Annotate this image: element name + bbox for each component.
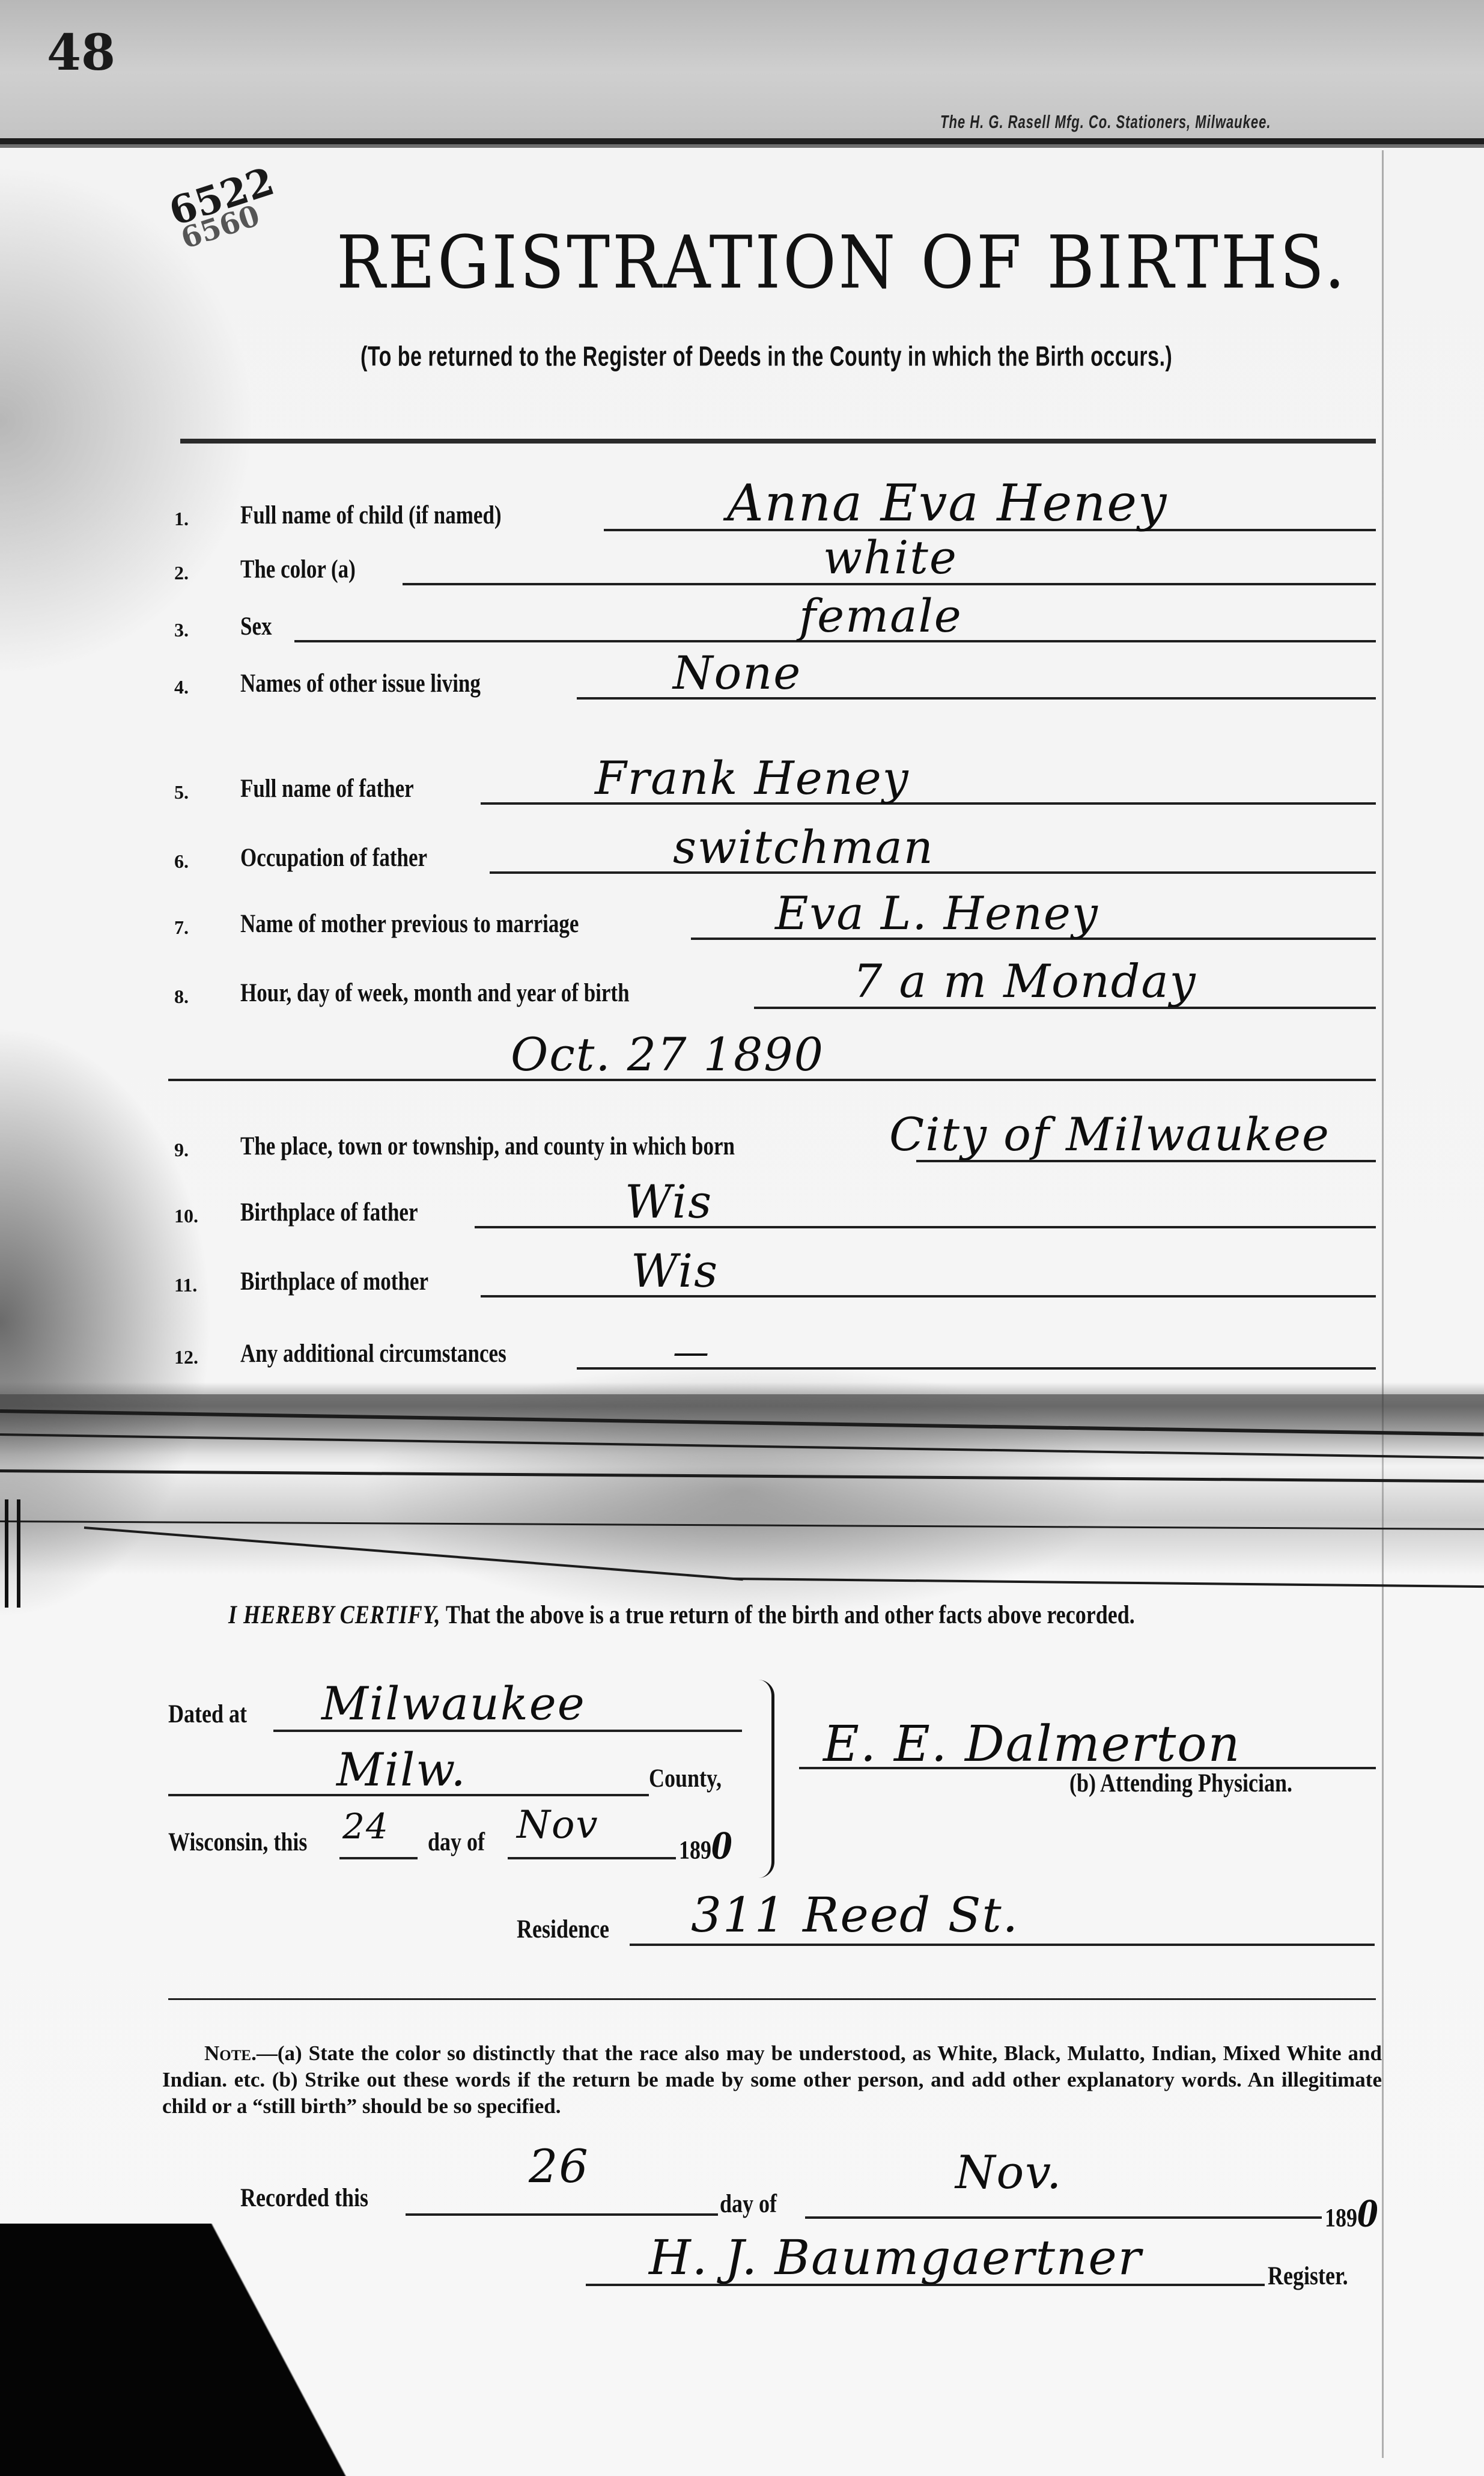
field-row-child-name: 1. Full name of child (if named) Anna Ev… bbox=[174, 499, 1376, 535]
register-signature: H. J. Baumgaertner bbox=[649, 2230, 1142, 2285]
field-row-father-occupation: 6. Occupation of father switchman bbox=[174, 841, 1376, 877]
stationer-imprint: The H. G. Rasell Mfg. Co. Stationers, Mi… bbox=[940, 111, 1271, 133]
field-label: Full name of father bbox=[240, 773, 414, 803]
residence-underline bbox=[630, 1944, 1375, 1946]
certify-lead: I HEREBY CERTIFY, bbox=[228, 1600, 440, 1629]
field-row-father-birthplace: 10. Birthplace of father Wis bbox=[174, 1196, 1376, 1232]
dated-at-value: Milwaukee bbox=[321, 1677, 586, 1730]
day-underline bbox=[339, 1857, 418, 1859]
field-number: 7. bbox=[174, 916, 216, 939]
field-number: 2. bbox=[174, 562, 216, 584]
header-rule bbox=[0, 138, 1484, 144]
field-number: 3. bbox=[174, 619, 216, 641]
field-row-additional-circumstances: 12. Any additional circumstances — bbox=[174, 1337, 1376, 1373]
field-value: Frank Heney bbox=[595, 751, 910, 805]
field-label: Occupation of father bbox=[240, 843, 427, 873]
field-label: Names of other issue living bbox=[240, 668, 481, 698]
field-number: 4. bbox=[174, 676, 216, 698]
field-number: 12. bbox=[174, 1346, 216, 1368]
field-number: 9. bbox=[174, 1139, 216, 1161]
field-label: The color (a) bbox=[240, 554, 356, 584]
field-row-father-name: 5. Full name of father Frank Heney bbox=[174, 772, 1376, 808]
residence-label: Residence bbox=[517, 1914, 609, 1944]
recorded-month-underline bbox=[805, 2216, 1322, 2219]
field-label: The place, town or township, and county … bbox=[240, 1131, 735, 1161]
physician-signature: E. E. Dalmerton bbox=[823, 1716, 1241, 1773]
fold-line bbox=[733, 1578, 1484, 1588]
recorded-day-value: 26 bbox=[529, 2139, 589, 2193]
month-underline bbox=[508, 1857, 676, 1859]
year-suffix-value: 0 bbox=[711, 1825, 734, 1867]
field-label: Full name of child (if named) bbox=[240, 500, 502, 530]
field-row-birth-time: 8. Hour, day of week, month and year of … bbox=[174, 977, 1376, 1013]
certification-statement: I HEREBY CERTIFY, That the above is a tr… bbox=[228, 1600, 1135, 1630]
note-lead: Note. bbox=[204, 2041, 257, 2065]
field-row-other-issue: 4. Names of other issue living None bbox=[174, 667, 1376, 703]
document-page: 48 The H. G. Rasell Mfg. Co. Stationers,… bbox=[0, 0, 1484, 2476]
field-label: Sex bbox=[240, 611, 272, 641]
field-label: Birthplace of mother bbox=[240, 1266, 428, 1296]
field-value: Oct. 27 1890 bbox=[511, 1028, 824, 1081]
field-number: 6. bbox=[174, 850, 216, 873]
county-value: Milw. bbox=[336, 1743, 467, 1796]
field-row-mother-birthplace: 11. Birthplace of mother Wis bbox=[174, 1265, 1376, 1301]
certify-text: That the above is a true return of the b… bbox=[446, 1600, 1135, 1629]
recorded-day-underline bbox=[406, 2213, 718, 2216]
certification-month-value: Nov bbox=[517, 1803, 599, 1847]
field-number: 5. bbox=[174, 781, 216, 803]
bracket bbox=[758, 1680, 774, 1878]
field-number: 11. bbox=[174, 1274, 216, 1296]
field-row-birthplace: 9. The place, town or township, and coun… bbox=[174, 1130, 1376, 1166]
margin-mark bbox=[5, 1499, 20, 1608]
field-value: Eva L. Heney bbox=[775, 886, 1099, 940]
field-value: switchman bbox=[673, 820, 934, 874]
residence-value: 311 Reed St. bbox=[691, 1887, 1019, 1943]
field-label: Hour, day of week, month and year of bir… bbox=[240, 978, 630, 1008]
page-number: 48 bbox=[47, 24, 115, 82]
field-number: 1. bbox=[174, 508, 216, 530]
certification-year: 1890 bbox=[679, 1825, 734, 1867]
register-label: Register. bbox=[1268, 2261, 1348, 2291]
form-note: Note.—(a) State the color so distinctly … bbox=[162, 2040, 1382, 2120]
note-text: —(a) State the color so distinctly that … bbox=[162, 2041, 1382, 2118]
certification-day-value: 24 bbox=[342, 1806, 389, 1847]
field-value: None bbox=[673, 646, 801, 700]
field-value: Anna Eva Heney bbox=[727, 474, 1167, 532]
field-value: City of Milwaukee bbox=[889, 1108, 1330, 1161]
recorded-year-prefix: 189 bbox=[1325, 2203, 1357, 2232]
field-value: — bbox=[673, 1331, 710, 1373]
year-prefix: 189 bbox=[679, 1835, 711, 1864]
field-value: Wis bbox=[631, 1244, 719, 1297]
recorded-month-value: Nov. bbox=[955, 2145, 1062, 2199]
field-row-sex: 3. Sex female bbox=[174, 610, 1376, 646]
field-number: 8. bbox=[174, 986, 216, 1008]
form-right-edge bbox=[1382, 150, 1384, 2458]
field-row-birth-date: Oct. 27 1890 bbox=[168, 1049, 1376, 1085]
form-subtitle: (To be returned to the Register of Deeds… bbox=[360, 341, 1172, 373]
recorded-day-of-label: day of bbox=[720, 2189, 777, 2219]
section-divider bbox=[168, 1998, 1376, 2000]
recorded-year: 1890 bbox=[1325, 2192, 1379, 2235]
wisconsin-this-label: Wisconsin, this bbox=[168, 1827, 307, 1857]
county-label: County, bbox=[649, 1763, 722, 1793]
field-underline bbox=[481, 1295, 1376, 1297]
form-title: REGISTRATION OF BIRTHS. bbox=[336, 221, 1348, 305]
field-value: Wis bbox=[625, 1175, 713, 1228]
recorded-year-suffix-value: 0 bbox=[1357, 2192, 1379, 2235]
day-of-label: day of bbox=[428, 1827, 485, 1857]
field-row-color: 2. The color (a) white bbox=[174, 553, 1376, 589]
field-row-mother-maiden-name: 7. Name of mother previous to marriage E… bbox=[174, 907, 1376, 944]
title-divider bbox=[180, 439, 1376, 444]
field-value: female bbox=[799, 589, 962, 642]
field-value: 7 a m Monday bbox=[853, 954, 1197, 1008]
field-number: 10. bbox=[174, 1205, 216, 1227]
field-value: white bbox=[823, 531, 958, 584]
field-label: Any additional circumstances bbox=[240, 1338, 506, 1368]
physician-label: (b) Attending Physician. bbox=[1069, 1768, 1292, 1798]
dated-at-label: Dated at bbox=[168, 1699, 247, 1729]
field-underline bbox=[475, 1226, 1376, 1228]
recorded-this-label: Recorded this bbox=[240, 2183, 368, 2213]
field-label: Birthplace of father bbox=[240, 1197, 418, 1227]
scan-shadow-corner bbox=[0, 2224, 493, 2476]
field-label: Name of mother previous to marriage bbox=[240, 909, 579, 939]
